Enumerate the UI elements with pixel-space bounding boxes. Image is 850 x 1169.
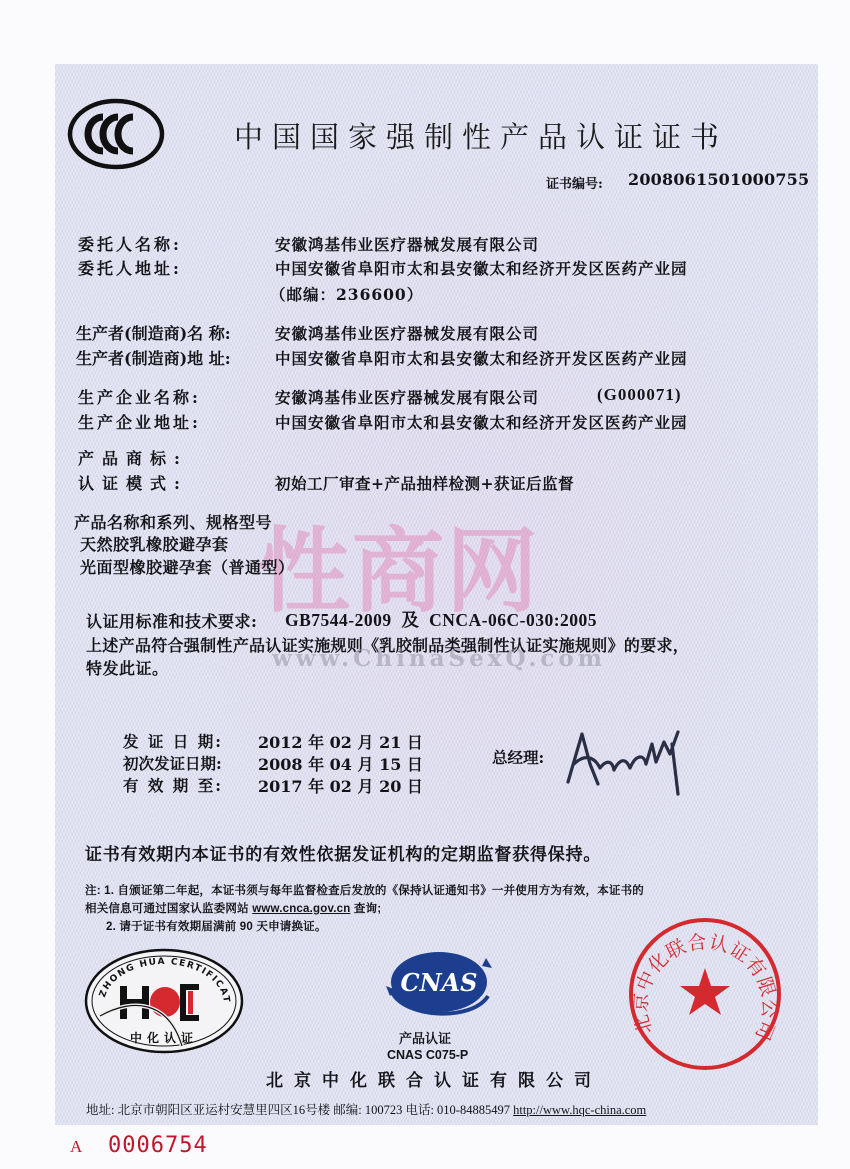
note-line-2-suffix: 查询; — [350, 903, 381, 915]
issuer-website-link[interactable]: http://www.hqc-china.com — [513, 1103, 646, 1117]
cert-number-label: 证书编号: — [546, 173, 603, 192]
cnas-logo-icon: CNAS — [378, 944, 500, 1024]
cert-mode-label: 认证模式: — [78, 471, 188, 494]
certificate-title: 中国国家强制性产品认证证书 — [234, 115, 728, 156]
serial-prefix: A — [70, 1137, 82, 1157]
compliance-statement-end: 特发此证。 — [86, 656, 169, 679]
expiry-date: 2017 年 02 月 20 日 — [258, 774, 423, 797]
client-address-value: 中国安徽省阜阳市太和县安徽太和经济开发区医药产业园 — [275, 257, 688, 279]
client-postcode: （邮编：236600） — [270, 283, 423, 305]
issue-date: 2012 年 02 月 21 日 — [258, 730, 423, 753]
cnca-link[interactable]: www.cnca.gov.cn — [252, 903, 350, 915]
factory-address-label: 生产企业地址: — [78, 410, 201, 433]
official-seal-icon: 北京中化联合认证有限公司 — [625, 914, 785, 1074]
standards-value: GB7544-2009 及 CNCA-06C-030:2005 — [285, 607, 597, 632]
hqc-logo-icon: ZHONG HUA CERTIFICATION 中化认证 — [82, 946, 246, 1056]
factory-name-label: 生产企业名称: — [78, 385, 201, 408]
product-item: 光面型橡胶避孕套（普通型） — [80, 555, 295, 578]
cnas-code: CNAS C075-P — [387, 1048, 468, 1062]
client-name-value: 安徽鸿基伟业医疗器械发展有限公司 — [275, 233, 539, 255]
ccc-mark-icon — [66, 97, 166, 171]
issue-date-label: 发 证 日 期: — [123, 730, 223, 752]
watermark-url: www.ChinaSexQ.com — [272, 645, 606, 672]
hqc-cn-text: 中化认证 — [130, 1030, 198, 1045]
manufacturer-address-label: 生产者(制造商)地 址: — [76, 346, 231, 369]
note-line-3: 2. 请于证书有效期届满前 90 天申请换证。 — [106, 918, 327, 934]
validity-statement: 证书有效期内本证书的有效性依据发证机构的定期监督获得保持。 — [85, 840, 601, 865]
manufacturer-name-label: 生产者(制造商)名 称: — [76, 321, 231, 344]
signature-icon — [560, 724, 710, 796]
product-item: 天然胶乳橡胶避孕套 — [80, 532, 229, 555]
standards-label: 认证用标准和技术要求: — [86, 609, 257, 632]
trademark-label: 产品商标: — [78, 446, 188, 469]
issuer-address: 地址: 北京市朝阳区亚运村安慧里四区16号楼 邮编: 100723 电话: 01… — [86, 1100, 646, 1118]
cert-number: 2008061501000755 — [628, 170, 809, 189]
note-line-2-text: 相关信息可通过国家认监委网站 — [85, 903, 252, 915]
note-line-2: 相关信息可通过国家认监委网站 www.cnca.gov.cn 查询; — [85, 900, 381, 916]
factory-code: (G000071) — [597, 385, 682, 405]
cnas-text: CNAS — [401, 968, 478, 997]
client-address-label: 委托人地址: — [78, 256, 182, 279]
client-name-label: 委托人名称: — [78, 232, 182, 255]
cert-mode-value: 初始工厂审查+产品抽样检测+获证后监督 — [275, 472, 574, 494]
factory-name-value: 安徽鸿基伟业医疗器械发展有限公司 — [275, 386, 539, 408]
product-heading: 产品名称和系列、规格型号 — [74, 510, 272, 533]
factory-address-value: 中国安徽省阜阳市太和县安徽太和经济开发区医药产业园 — [275, 411, 688, 433]
issuer-address-text: 地址: 北京市朝阳区亚运村安慧里四区16号楼 邮编: 100723 电话: 01… — [86, 1103, 513, 1117]
first-issue-date-label: 初次发证日期: — [123, 752, 222, 774]
note-line-1: 注: 1. 自颁证第二年起，本证书须与每年监督检查后发放的《保持认证通知书》一并… — [85, 882, 644, 898]
expiry-date-label: 有 效 期 至: — [123, 774, 223, 796]
cnas-subtitle: 产品认证 — [399, 1028, 451, 1047]
serial-number: 0006754 — [108, 1133, 208, 1158]
general-manager-label: 总经理: — [492, 746, 544, 768]
manufacturer-name-value: 安徽鸿基伟业医疗器械发展有限公司 — [275, 322, 539, 344]
manufacturer-address-value: 中国安徽省阜阳市太和县安徽太和经济开发区医药产业园 — [275, 347, 688, 369]
first-issue-date: 2008 年 04 月 15 日 — [258, 752, 423, 775]
issuer-name: 北京中化联合认证有限公司 — [266, 1066, 602, 1091]
